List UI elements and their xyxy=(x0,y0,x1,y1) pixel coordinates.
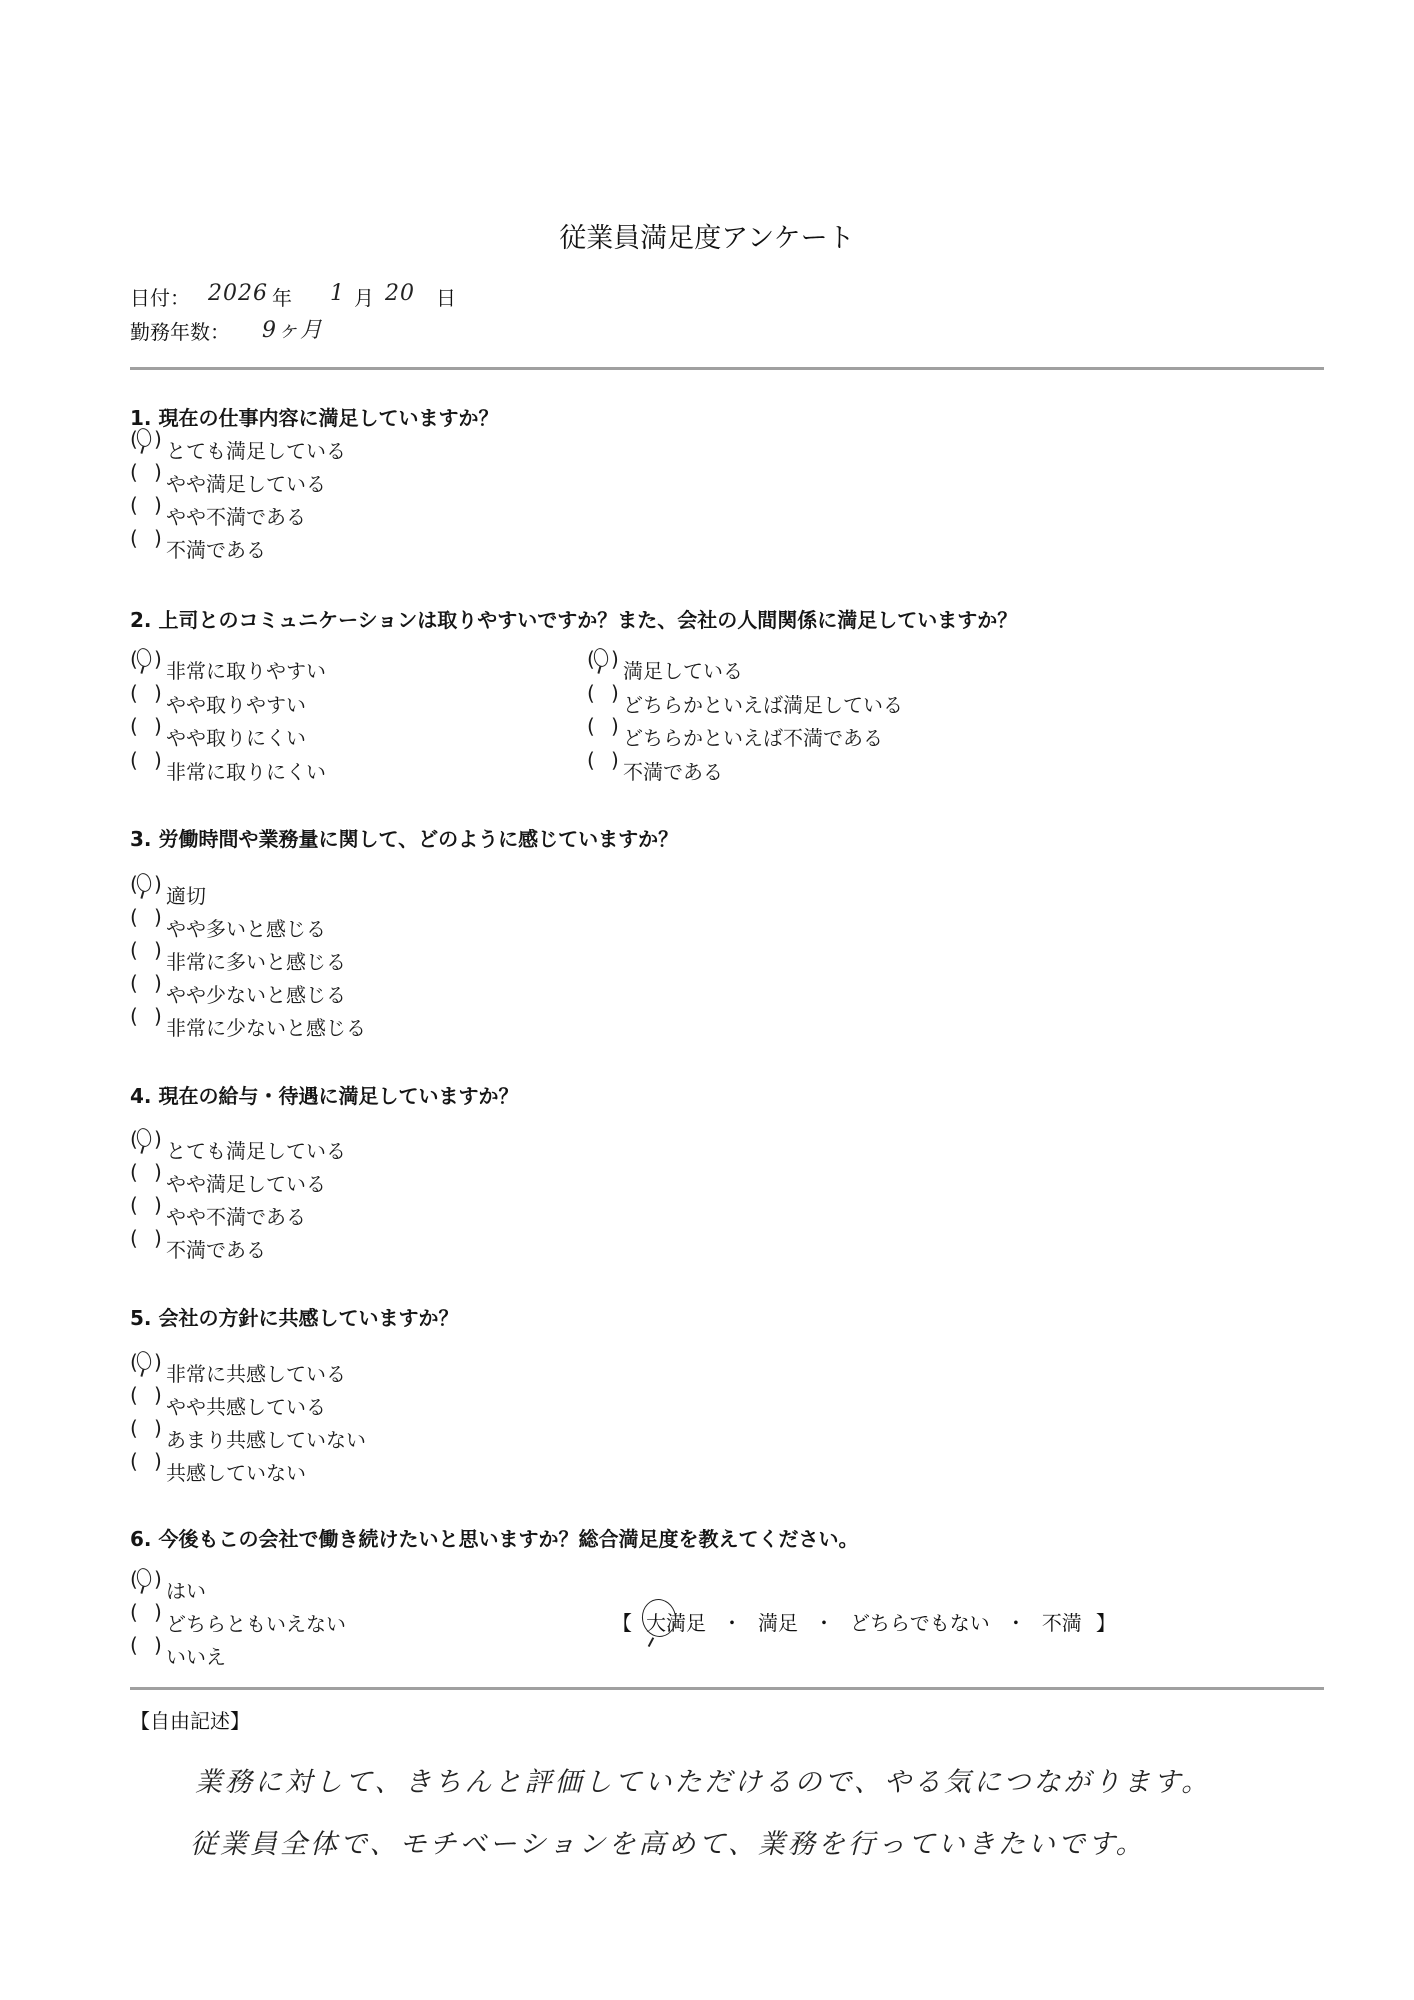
scale-option-dissatisfied[interactable]: 不満 xyxy=(1042,1607,1082,1636)
q4-option-2-label: やや満足している xyxy=(166,1168,326,1197)
q2-right-option-1-label: 満足している xyxy=(623,655,743,684)
paren-close: ) xyxy=(154,872,162,896)
date-year-value[interactable]: 2026 xyxy=(208,281,268,306)
q3-option-2-label: やや多いと感じる xyxy=(166,913,326,942)
date-day-value[interactable]: 20 xyxy=(385,281,415,306)
survey-title: 従業員満足度アンケート xyxy=(0,216,1414,255)
q2-right-option-3-label: どちらかといえば不満である xyxy=(623,722,883,751)
q3-option-3-label: 非常に多いと感じる xyxy=(166,946,346,975)
q6-option-2-label: どちらともいえない xyxy=(166,1608,346,1637)
q2-left-option-1-label: 非常に取りやすい xyxy=(166,655,326,684)
paren-close: ) xyxy=(154,938,162,962)
q2-left-option-2-label: やや取りやすい xyxy=(166,689,306,718)
q3-option-1[interactable]: () 適切 xyxy=(130,880,206,909)
free-text-line-1[interactable]: 業務に対して、きちんと評価していただけるので、やる気につながります。 xyxy=(195,1760,1211,1799)
overall-satisfaction-scale-row: 【 大満足 ・ 満足 ・ どちらでもない ・ 不満 】 xyxy=(612,1607,1116,1636)
q5-option-3[interactable]: () あまり共感していない xyxy=(130,1424,366,1453)
scale-option-satisfied[interactable]: 満足 xyxy=(758,1607,798,1636)
free-text-label: 【自由記述】 xyxy=(130,1705,250,1734)
question-5-heading: 5. 会社の方針に共感していますか？ xyxy=(130,1302,458,1331)
q3-option-5[interactable]: () 非常に少ないと感じる xyxy=(130,1012,366,1041)
q2-left-option-4-label: 非常に取りにくい xyxy=(166,756,326,785)
paren-open: ( xyxy=(130,460,138,484)
question-1-heading: 1. 現在の仕事内容に満足していますか？ xyxy=(130,402,498,431)
q6-option-3-label: いいえ xyxy=(166,1641,226,1670)
paren-open: ( xyxy=(587,681,595,705)
divider-bottom xyxy=(130,1687,1324,1690)
paren-close: ) xyxy=(154,1416,162,1440)
paren-close: ) xyxy=(154,714,162,738)
q5-option-2-label: やや共感している xyxy=(166,1391,326,1420)
paren-close: ) xyxy=(611,748,619,772)
paren-close: ) xyxy=(154,493,162,517)
paren-close: ) xyxy=(154,1193,162,1217)
q3-option-3[interactable]: () 非常に多いと感じる xyxy=(130,946,346,975)
paren-close: ) xyxy=(154,647,162,671)
check-circle-icon xyxy=(592,646,610,667)
question-6-heading: 6. 今後もこの会社で働き続けたいと思いますか？総合満足度を教えてください。 xyxy=(130,1523,858,1552)
q1-option-4-label: 不満である xyxy=(166,534,266,563)
q2-left-option-3-label: やや取りにくい xyxy=(166,722,306,751)
q4-option-1[interactable]: () とても満足している xyxy=(130,1135,346,1164)
q1-option-1-label: とても満足している xyxy=(166,435,346,464)
date-month-unit: 月 xyxy=(354,282,374,311)
q2-right-option-2-label: どちらかといえば満足している xyxy=(623,689,903,718)
paren-open: ( xyxy=(130,1633,138,1657)
scale-separator: ・ xyxy=(1006,1607,1026,1636)
paren-open: ( xyxy=(130,526,138,550)
paren-close: ) xyxy=(154,1350,162,1374)
paren-close: ) xyxy=(154,1160,162,1184)
q3-option-5-label: 非常に少ないと感じる xyxy=(166,1012,366,1041)
q2-right-option-4-label: 不満である xyxy=(623,756,723,785)
paren-close: ) xyxy=(154,971,162,995)
paren-open: ( xyxy=(130,1383,138,1407)
q4-option-3-label: やや不満である xyxy=(166,1201,306,1230)
paren-open: ( xyxy=(130,748,138,772)
check-circle-icon xyxy=(135,646,153,667)
paren-open: ( xyxy=(130,938,138,962)
q1-option-1[interactable]: () とても満足している xyxy=(130,435,346,464)
divider-top xyxy=(130,367,1324,370)
paren-open: ( xyxy=(587,714,595,738)
paren-open: ( xyxy=(130,971,138,995)
date-month-value[interactable]: 1 xyxy=(330,281,345,306)
paren-open: ( xyxy=(587,748,595,772)
q4-option-4[interactable]: () 不満である xyxy=(130,1234,266,1263)
paren-close: ) xyxy=(154,1004,162,1028)
paren-close: ) xyxy=(154,460,162,484)
q4-option-1-label: とても満足している xyxy=(166,1135,346,1164)
question-4-heading: 4. 現在の給与・待遇に満足していますか？ xyxy=(130,1080,518,1109)
paren-open: ( xyxy=(130,1160,138,1184)
scale-separator: ・ xyxy=(722,1607,742,1636)
paren-close: ) xyxy=(154,1383,162,1407)
scale-separator: ・ xyxy=(814,1607,834,1636)
paren-close: ) xyxy=(154,526,162,550)
paren-open: ( xyxy=(130,1416,138,1440)
paren-open: ( xyxy=(130,1004,138,1028)
paren-open: ( xyxy=(130,1193,138,1217)
q6-option-1[interactable]: () はい xyxy=(130,1575,206,1604)
q4-option-4-label: 不満である xyxy=(166,1234,266,1263)
q2-right-option-2[interactable]: () どちらかといえば満足している xyxy=(587,689,903,718)
free-text-line-2[interactable]: 従業員全体で、モチベーションを高めて、業務を行っていきたいです。 xyxy=(190,1822,1146,1861)
paren-open: ( xyxy=(130,1600,138,1624)
paren-close: ) xyxy=(154,1127,162,1151)
paren-close: ) xyxy=(154,748,162,772)
date-year-unit: 年 xyxy=(272,282,292,311)
q6-option-1-label: はい xyxy=(166,1575,206,1604)
paren-close: ) xyxy=(611,714,619,738)
q3-option-4[interactable]: () やや少ないと感じる xyxy=(130,979,346,1008)
scale-option-neutral[interactable]: どちらでもない xyxy=(850,1607,990,1636)
question-2-heading: 2. 上司とのコミュニケーションは取りやすいですか？また、会社の人間関係に満足し… xyxy=(130,604,1017,633)
scale-option-very-satisfied[interactable]: 大満足 xyxy=(646,1607,706,1636)
paren-open: ( xyxy=(130,493,138,517)
check-circle-icon xyxy=(135,1349,153,1370)
q5-option-4[interactable]: () 共感していない xyxy=(130,1457,306,1486)
q1-option-4[interactable]: () 不満である xyxy=(130,534,266,563)
paren-open: ( xyxy=(130,681,138,705)
paren-open: ( xyxy=(130,1226,138,1250)
tenure-label: 勤務年数： xyxy=(130,316,230,345)
paren-close: ) xyxy=(154,1449,162,1473)
paren-open: ( xyxy=(130,714,138,738)
q5-option-3-label: あまり共感していない xyxy=(166,1424,366,1453)
check-circle-icon xyxy=(135,871,153,892)
paren-close: ) xyxy=(154,1226,162,1250)
q2-right-option-4[interactable]: () 不満である xyxy=(587,756,723,785)
q1-option-3-label: やや不満である xyxy=(166,501,306,530)
paren-open: ( xyxy=(130,905,138,929)
paren-close: ) xyxy=(154,1600,162,1624)
date-label: 日付： xyxy=(130,282,190,311)
question-3-heading: 3. 労働時間や業務量に関して、どのように感じていますか？ xyxy=(130,823,678,852)
check-circle-icon xyxy=(135,1126,153,1147)
paren-close: ) xyxy=(154,1567,162,1591)
q1-option-2-label: やや満足している xyxy=(166,468,326,497)
q2-right-option-3[interactable]: () どちらかといえば不満である xyxy=(587,722,883,751)
scale-close-bracket: 】 xyxy=(1096,1607,1116,1636)
q3-option-4-label: やや少ないと感じる xyxy=(166,979,346,1008)
q2-left-option-4[interactable]: () 非常に取りにくい xyxy=(130,756,326,785)
paren-close: ) xyxy=(154,681,162,705)
paren-close: ) xyxy=(611,647,619,671)
q5-option-4-label: 共感していない xyxy=(166,1457,306,1486)
paren-close: ) xyxy=(154,1633,162,1657)
q5-option-1-label: 非常に共感している xyxy=(166,1358,346,1387)
q5-option-1[interactable]: () 非常に共感している xyxy=(130,1358,346,1387)
paren-close: ) xyxy=(154,905,162,929)
q6-option-2[interactable]: () どちらともいえない xyxy=(130,1608,346,1637)
paren-open: ( xyxy=(130,1449,138,1473)
scale-open-bracket: 【 xyxy=(612,1607,632,1636)
paren-close: ) xyxy=(611,681,619,705)
q6-option-3[interactable]: () いいえ xyxy=(130,1641,226,1670)
paren-close: ) xyxy=(154,427,162,451)
q3-option-1-label: 適切 xyxy=(166,880,206,909)
tenure-value[interactable]: 9ヶ月 xyxy=(262,313,323,344)
check-circle-icon xyxy=(135,1566,153,1587)
date-day-unit: 日 xyxy=(436,282,456,311)
